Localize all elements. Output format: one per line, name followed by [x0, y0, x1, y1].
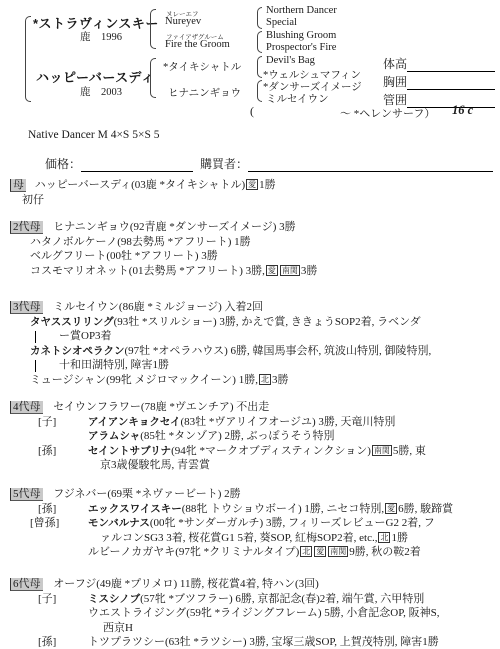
offspring-row: アラムシャ(85牡 *タンゾア) 2勝, ぶっぽうそう特別	[0, 429, 500, 444]
family-line: ～ *ヘレンサーフ）	[340, 105, 435, 121]
brace-gg4	[257, 80, 262, 102]
horse-name: モンバルナス	[88, 517, 150, 529]
region-mark: 愛	[385, 503, 397, 514]
horse-name: ミスシノブ	[88, 593, 140, 605]
section-head-row: 4代母 セイウンフラワー(78鹿 *ヴエンチア) 不出走	[0, 400, 500, 415]
section-tag: 4代母	[10, 401, 43, 414]
wrap-row: ァルコンSG3 3着, 桜花賞G1 5着, 葵SOP, 紅梅SOP2着, etc…	[0, 531, 500, 546]
horse-name: アラムシャ	[88, 430, 140, 442]
offspring-row: [子]アイアンキョクセイ(83牡 *ヴアリイフオージユ) 3勝, 天竜川特別	[0, 415, 500, 430]
first-foal-note: 初仔	[0, 193, 500, 208]
inbreeding-note: Native Dancer M 4×S 5×S 5	[28, 129, 159, 141]
sixth-dam-section: 6代母 オーフジ(49鹿 *プリメロ) 11勝, 桜花賞4着, 特ハン(3回) …	[0, 577, 500, 649]
pedigree-dam-coloryear: 鹿 2003	[80, 84, 122, 99]
section-tag: 5代母	[10, 488, 43, 501]
gg-3: Blushing Groom	[266, 30, 336, 41]
horse-name: ハッピーバースディ	[35, 179, 131, 191]
horse-name: ミルセイウン	[53, 301, 119, 313]
region-mark: 南関	[372, 445, 392, 456]
race-record: (97牡 *オペラハウス) 6勝, 韓国馬事会杯, 筑波山特別, 御陵特別,	[125, 345, 432, 357]
brace-dam-parents	[150, 58, 156, 98]
horse-name: ウエストライジング	[88, 607, 186, 619]
section-head-row: 5代母 フジネバー(69栗 *ネヴァービート) 2勝	[0, 487, 500, 502]
offspring-row: カネトシオペラクン(97牡 *オペラハウス) 6勝, 韓国馬事会杯, 筑波山特別…	[0, 344, 500, 359]
horse-name: フジネバー	[53, 488, 107, 500]
race-record: (63牡 *ラツシー) 3勝, 宝塚三歳SOP, 上賀茂特別, 障害1勝	[165, 636, 439, 648]
offspring-row: ミュージシャン(99牝 メジロマックイーン) 1勝,北3勝	[0, 373, 500, 388]
race-record: (83牡 *ヴアリイフオージユ) 3勝, 天竜川特別	[181, 416, 396, 428]
gg-4: Prospector's Fire	[266, 42, 336, 53]
relation-label: [孫]	[38, 502, 88, 517]
race-record: (88牝 トウショウボーイ) 1勝, ニセコ特別,	[182, 503, 384, 515]
gg-1: Northern Dancer	[266, 5, 337, 16]
offspring-row: ルビーノカガヤキ(97牝 *クリミナルタイプ)北愛南関9勝, 秋の鞍2着	[0, 545, 500, 560]
section-head-row: 3代母 ミルセイウン(86鹿 *ミルジョージ) 入着2回	[0, 300, 500, 315]
family-number: 16 c	[452, 103, 473, 118]
dam-record-row: 母 ハッピーバースディ(03鹿 *タイキシャトル)愛1勝	[0, 178, 500, 193]
price-blank[interactable]	[81, 159, 193, 172]
brace-sire-parents	[150, 9, 156, 49]
wrap-row: ー賞OP3着	[0, 329, 500, 344]
race-record: (59牝 *ライジングフレーム) 5勝, 小倉記念OP, 阪神S,	[186, 607, 439, 619]
relation-label: [孫]	[38, 444, 88, 459]
buyer-label: 購買者：	[200, 157, 248, 171]
measure-height-blank[interactable]	[407, 59, 495, 72]
horse-name: セイウンフラワー	[53, 401, 141, 413]
race-record-wrap: 西京H	[103, 622, 133, 634]
wrap-row: 西京H	[0, 621, 500, 636]
horse-name: アイアンキョクセイ	[88, 416, 181, 428]
offspring-row: コスモマリオネット(01去勢馬 *アフリート) 3勝,愛南関3勝	[0, 264, 500, 279]
horse-name: ベルグフリート	[30, 250, 106, 262]
horse-name: ルビーノカガヤキ	[88, 546, 175, 558]
race-record-wrap: 十和田湖特別, 障害1勝	[59, 359, 169, 371]
offspring-row: [曾孫]モンバルナス(00牝 *サンダーガルチ) 3勝, フィリーズレビューG2…	[0, 516, 500, 531]
gg-2: Special	[266, 17, 297, 28]
measure-girth-label: 胸囲	[383, 75, 407, 89]
buyer-blank[interactable]	[248, 159, 493, 172]
offspring-row: [子]ミスシノブ(57牝 *ブツフラー) 6勝, 京都記念(春)2着, 端午賞,…	[0, 592, 500, 607]
region-mark: 愛	[246, 179, 258, 190]
horse-name: コスモマリオネット	[30, 265, 129, 277]
tree-connector-line	[35, 360, 37, 372]
section-head-row: 2代母 ヒナニンギョウ(92青鹿 *ダンサーズイメージ) 3勝	[0, 220, 500, 235]
race-record: (00牡 *アフリート) 3勝	[106, 250, 217, 262]
pedigree-dam-sire: *タイキシャトル	[163, 59, 241, 74]
race-record: (69栗 *ネヴァービート) 2勝	[107, 488, 240, 500]
offspring-row: [孫]トツプラツシー(63牡 *ラツシー) 3勝, 宝塚三歳SOP, 上賀茂特別…	[0, 635, 500, 649]
race-record-2: 9勝, 秋の鞍2着	[349, 546, 421, 558]
race-record: (93牡 *スリルショー) 3勝, かえで賞, ききょうSOP2着, ラベンダ	[114, 316, 421, 328]
sale-line: 価格： 購買者：	[45, 155, 493, 172]
region-mark: 北	[300, 546, 312, 557]
brace-parents	[25, 16, 31, 102]
race-record-2: 6勝, 駿蹄賞	[398, 503, 453, 515]
race-record: (98去勢馬 *アフリート) 1勝	[117, 236, 250, 248]
relation-label: [曾孫]	[30, 516, 88, 531]
gg-5: Devil's Bag	[266, 55, 315, 66]
dam-record-section: 母 ハッピーバースディ(03鹿 *タイキシャトル)愛1勝 初仔	[0, 178, 500, 207]
race-record: (92青鹿 *ダンサーズイメージ) 3勝	[130, 221, 296, 233]
relation-label: [孫]	[38, 635, 88, 649]
region-mark: 南関	[328, 546, 348, 557]
third-dam-section: 3代母 ミルセイウン(86鹿 *ミルジョージ) 入着2回 タヤススリリング(93…	[0, 300, 500, 387]
horse-name: トツプラツシー	[88, 636, 165, 648]
measure-height-label: 体高	[383, 57, 407, 71]
horse-name: ハタノボルケーノ	[30, 236, 117, 248]
wrap-row: 十和田湖特別, 障害1勝	[0, 358, 500, 373]
measure-girth-blank[interactable]	[407, 77, 495, 90]
region-mark: 北	[259, 374, 271, 385]
race-record: (94牝 *マークオブディスティンクション)	[171, 445, 371, 457]
pedigree-sire-dam: Fire the Groom	[165, 39, 230, 50]
offspring-row: [孫]セイントサブリナ(94牝 *マークオブディスティンクション)南関5勝, 東	[0, 444, 500, 459]
horse-name: セイントサブリナ	[88, 445, 171, 457]
offspring-row: ベルグフリート(00牡 *アフリート) 3勝	[0, 249, 500, 264]
race-record: (78鹿 *ヴエンチア) 不出走	[141, 401, 269, 413]
region-mark: 北	[378, 532, 390, 543]
race-record: (57牝 *ブツフラー) 6勝, 京都記念(春)2着, 端午賞, 六甲特別	[140, 593, 424, 605]
race-record-2: 1勝	[259, 179, 276, 191]
horse-name: オーフジ	[53, 578, 96, 590]
horse-name: カネトシオペラクン	[30, 345, 125, 357]
brace-gg2	[257, 31, 262, 53]
dam-tag: 母	[10, 179, 26, 192]
race-record-2: 3勝	[272, 374, 289, 386]
gg-8: ミルセイウン	[266, 91, 329, 106]
section-tag: 6代母	[10, 578, 43, 591]
horse-name: ミュージシャン	[30, 374, 106, 386]
granddam-section: 2代母 ヒナニンギョウ(92青鹿 *ダンサーズイメージ) 3勝 ハタノボルケーノ…	[0, 220, 500, 278]
relation-label: [子]	[38, 415, 88, 430]
offspring-row: [孫]エックスワイスキー(88牝 トウショウボーイ) 1勝, ニセコ特別,愛6勝…	[0, 502, 500, 517]
offspring-row: タヤススリリング(93牡 *スリルショー) 3勝, かえで賞, ききょうSOP2…	[0, 315, 500, 330]
offspring-row: ハタノボルケーノ(98去勢馬 *アフリート) 1勝	[0, 235, 500, 250]
measure-girth: 胸囲	[383, 73, 495, 90]
wrap-row: 京3歳優駿牝馬, 青雲賞	[0, 458, 500, 473]
price-label: 価格：	[45, 157, 81, 171]
measure-height: 体高	[383, 55, 495, 72]
race-record: (01去勢馬 *アフリート) 3勝,	[129, 265, 265, 277]
pedigree-sire-coloryear: 鹿 1996	[80, 29, 122, 44]
horse-name: ヒナニンギョウ	[53, 221, 130, 233]
section-head-row: 6代母 オーフジ(49鹿 *プリメロ) 11勝, 桜花賞4着, 特ハン(3回)	[0, 577, 500, 592]
horse-name: タヤススリリング	[30, 316, 114, 328]
race-record: (86鹿 *ミルジョージ) 入着2回	[119, 301, 263, 313]
pedigree-sire-sire: Nureyev	[165, 16, 201, 27]
section-tag: 2代母	[10, 221, 43, 234]
race-record-2: 5勝, 東	[393, 445, 426, 457]
race-record-wrap: ー賞OP3着	[59, 330, 112, 342]
horse-name: エックスワイスキー	[88, 503, 182, 515]
fourth-dam-section: 4代母 セイウンフラワー(78鹿 *ヴエンチア) 不出走 [子]アイアンキョクセ…	[0, 400, 500, 473]
region-mark: 愛	[266, 265, 278, 276]
race-record: (85牡 *タンゾア) 2勝, ぶっぽうそう特別	[140, 430, 334, 442]
region-mark: 南関	[280, 265, 300, 276]
race-record-2: 1勝	[391, 532, 408, 544]
region-mark: 愛	[314, 546, 326, 557]
race-record: (49鹿 *プリメロ) 11勝, 桜花賞4着, 特ハン(3回)	[96, 578, 319, 590]
race-record: (97牝 *クリミナルタイプ)	[175, 546, 299, 558]
fifth-dam-section: 5代母 フジネバー(69栗 *ネヴァービート) 2勝 [孫]エックスワイスキー(…	[0, 487, 500, 560]
section-tag: 3代母	[10, 301, 43, 314]
race-record-wrap: ァルコンSG3 3着, 桜花賞G1 5着, 葵SOP, 紅梅SOP2着, etc…	[100, 532, 377, 544]
brace-gg1	[257, 7, 262, 29]
race-record: (00牝 *サンダーガルチ) 3勝, フィリーズレビューG2 2着, フ	[150, 517, 435, 529]
race-record-2: 3勝	[301, 265, 318, 277]
tree-connector-line	[35, 331, 37, 343]
race-record: (99牝 メジロマックイーン) 1勝,	[106, 374, 258, 386]
pedigree-dam-dam: ヒナニンギョウ	[168, 85, 241, 100]
race-record-wrap: 京3歳優駿牝馬, 青雲賞	[100, 459, 210, 471]
race-record: (03鹿 *タイキシャトル)	[131, 179, 245, 191]
family-open-paren: (	[250, 104, 254, 119]
brace-gg3	[257, 56, 262, 78]
catalog-page: *ストラヴィンスキー 鹿 1996 ハッピーバースディ 鹿 2003 ヌレーエフ…	[0, 0, 500, 649]
offspring-row: ウエストライジング(59牝 *ライジングフレーム) 5勝, 小倉記念OP, 阪神…	[0, 606, 500, 621]
relation-label: [子]	[38, 592, 88, 607]
